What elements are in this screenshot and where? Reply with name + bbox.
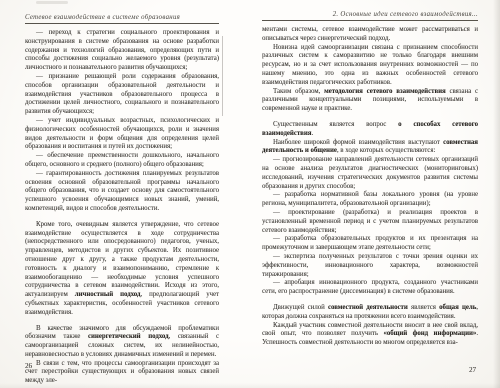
paragraph: — учет индивидуальных возрастных, психол… — [25, 117, 219, 152]
text-run: — обеспечение преемственности дошкольног… — [25, 152, 219, 168]
text-run: — учет индивидуальных возрастных, психол… — [25, 117, 219, 150]
bold-phrase: методология сетевого взаимодействия — [324, 88, 446, 95]
paragraph: — признание решающей роли содержания обр… — [25, 73, 219, 117]
text-run: В связи с тем, что процессы самоорганиза… — [25, 360, 219, 385]
text-run: , в ходе которых осуществляются: — [337, 147, 435, 154]
page-edge-shadow — [493, 0, 500, 388]
paragraph: — переход к стратегии социального проект… — [25, 29, 219, 73]
text-run: — апробация инновационного продукта, соз… — [262, 279, 478, 295]
text-run: — гарантированность достижения планируем… — [25, 170, 219, 212]
page-number-right: 27 — [469, 366, 476, 374]
text-run: Движущей силой — [273, 304, 328, 311]
text-run: ментами системы, сетевое взаимодействие … — [262, 26, 478, 42]
paragraph: — апробация инновационного продукта, соз… — [262, 279, 478, 297]
book-scan: Сетевое взаимодействие в системе образов… — [0, 0, 500, 388]
paragraph: Новизна идей самоорганизации связана с п… — [262, 44, 478, 88]
bold-phrase: синергетический подход — [88, 333, 169, 340]
text-run: Наиболее широкой формой взаимодействия в… — [273, 139, 443, 146]
text-run: Существенным является вопрос — [273, 121, 398, 128]
paragraph: Каждый участник совместной деятельности … — [262, 322, 478, 348]
text-run: — разработка нормативной базы локального… — [262, 191, 478, 207]
paragraph: — разработка образовательных продуктов и… — [262, 235, 478, 253]
text-run: — экспертиза полученных результатов с то… — [262, 253, 478, 278]
left-page-body: — переход к стратегии социального проект… — [25, 29, 219, 386]
paragraph: — гарантированность достижения планируем… — [25, 170, 219, 214]
paragraph: Таким образом, методология сетевого взаи… — [262, 88, 478, 114]
text-run: — прогнозирование направлений деятельнос… — [262, 156, 478, 189]
text-run: — переход к стратегии социального проект… — [25, 29, 219, 71]
running-head-right: 2. Основные идеи сетевого взаимодействия… — [262, 11, 478, 19]
scan-smudge — [36, 1, 68, 4]
gutter-crease — [222, 36, 223, 116]
paragraph: — экспертиза полученных результатов с то… — [262, 253, 478, 279]
running-head-left: Сетевое взаимодействие в системе образов… — [25, 14, 219, 22]
right-page: 2. Основные идеи сетевого взаимодействия… — [262, 11, 478, 380]
paragraph: — прогнозирование направлений деятельнос… — [262, 156, 478, 191]
bold-phrase: общая цель — [439, 304, 476, 311]
paragraph: — разработка нормативной базы локального… — [262, 191, 478, 209]
text-run: — проектирование (разработка) и реализац… — [262, 209, 478, 234]
bold-phrase: «общий фонд информации» — [383, 330, 476, 337]
header-rule-left — [25, 23, 219, 24]
bold-phrase: совместной деятельности — [328, 304, 408, 311]
page-number-left: 26 — [25, 362, 32, 370]
paragraph: Движущей силой совместной деятельности я… — [262, 304, 478, 322]
text-run: Новизна идей самоорганизации связана с п… — [262, 44, 478, 86]
text-run: Кроме того, очевидным является утвержден… — [25, 221, 219, 298]
paragraph: В качестве значимого для обсуждаемой про… — [25, 325, 219, 360]
text-run: — признание решающей роли содержания обр… — [25, 73, 219, 115]
paragraph: — проектирование (разработка) и реализац… — [262, 209, 478, 235]
paragraph: ментами системы, сетевое взаимодействие … — [262, 26, 478, 44]
paragraph: — обеспечение преемственности дошкольног… — [25, 152, 219, 170]
text-run: . — [311, 130, 313, 137]
paragraph: Наиболее широкой формой взаимодействия в… — [262, 139, 478, 157]
paragraph: Кроме того, очевидным является утвержден… — [25, 221, 219, 318]
text-run: — разработка образовательных продуктов и… — [262, 235, 478, 251]
right-page-body: ментами системы, сетевое взаимодействие … — [262, 26, 478, 348]
header-rule-right — [262, 20, 478, 21]
text-run: является — [408, 304, 439, 311]
bold-phrase: личностный подход — [75, 291, 141, 298]
text-run: Таким образом, — [273, 88, 324, 95]
paragraph: Существенным является вопрос о способах … — [262, 121, 478, 139]
left-page: Сетевое взаимодействие в системе образов… — [25, 14, 219, 376]
paragraph: В связи с тем, что процессы самоорганиза… — [25, 360, 219, 386]
